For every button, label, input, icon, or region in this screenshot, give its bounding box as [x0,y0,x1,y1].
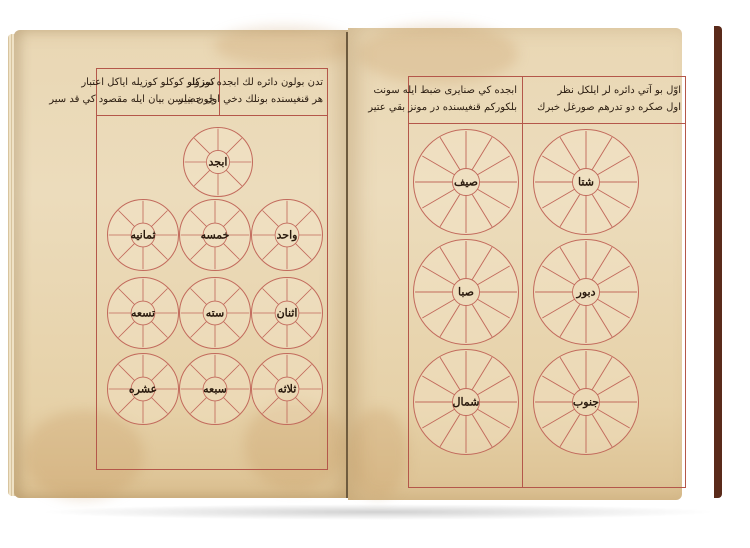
wheel-center-label: تسعه [131,307,155,320]
wheel-center-label: ثلاثه [278,383,297,396]
wheel-center-label: ابجد [209,156,228,169]
header-line: ابجده كي صنايرى ضبط ايله سونتبلكوركم قنغ… [413,82,517,116]
header-line: اوّل بو آتي دائره لر ايلكل نظراول صكره د… [531,82,681,116]
header-divider [522,77,523,123]
divination-wheel: صبا [413,239,519,345]
wheel-center-label: ثمانيه [130,229,155,242]
divination-wheel: واحد [251,199,323,271]
wheel-center-label: سته [206,307,224,320]
water-stain [214,26,354,66]
divination-wheel: ابجد [183,127,253,197]
divination-wheel: ثمانيه [107,199,179,271]
divination-wheel: شتا [533,129,639,235]
left-text-frame: تدن بولون دائره لك ابجده سزوارهر قنغيسند… [96,68,328,470]
divination-wheel: شمال [413,349,519,455]
divination-wheel: عشره [107,353,179,425]
divination-wheel: صيف [413,129,519,235]
wheel-center-label: اثنان [277,307,298,320]
wheel-center-label: عشره [129,383,157,396]
book-cover-edge [714,26,722,498]
divination-wheel: اثنان [251,277,323,349]
water-stain [358,24,518,84]
divination-wheel: خمسه [179,199,251,271]
wheel-center-label: خمسه [201,229,230,242]
wheel-center-label: صبا [458,286,474,299]
book-shadow [38,504,718,520]
wheel-center-label: شمال [453,396,480,409]
divination-wheel: سبعه [179,353,251,425]
wheel-center-label: جنوب [573,396,599,409]
divination-wheel: دبور [533,239,639,345]
divination-wheel: ثلاثه [251,353,323,425]
right-text-frame: اوّل بو آتي دائره لر ايلكل نظراول صكره د… [408,76,686,488]
divination-wheel: تسعه [107,277,179,349]
wheel-center-label: واحد [277,229,298,242]
header-line: تدن بولون دائره لك ابجده سزوارهر قنغيسند… [219,74,323,108]
divination-wheel: جنوب [533,349,639,455]
header-line: كوزكلو كوكلو كوزيله اياكل اعتبارچون بيلس… [101,74,215,108]
right-page: اوّل بو آتي دائره لر ايلكل نظراول صكره د… [348,28,682,500]
wheel-center-label: دبور [577,286,596,299]
water-stain [348,408,408,498]
column-divider [522,123,523,487]
left-page: تدن بولون دائره لك ابجده سزوارهر قنغيسند… [14,30,348,498]
divination-wheel: سته [179,277,251,349]
wheel-center-label: صيف [454,176,478,189]
wheel-center-label: سبعه [203,383,227,396]
wheel-center-label: شتا [578,176,594,189]
